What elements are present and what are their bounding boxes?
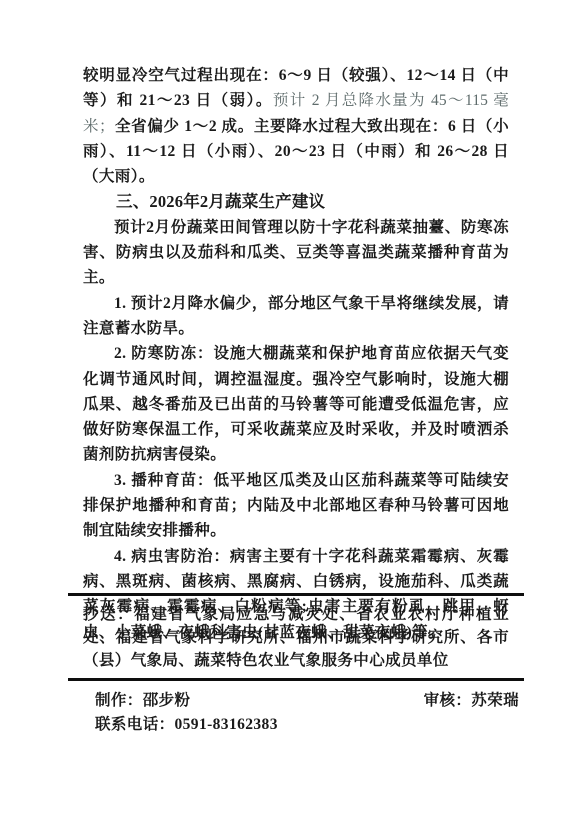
recommendation-item-1: 1. 预计2月降水偏少，部分地区气象干旱将继续发展，请注意蓄水防旱。 xyxy=(83,291,509,342)
rain-process-text: 全省偏少 1～2 成。主要降水过程大致出现在：6 日（小雨）、11～12 日（小… xyxy=(83,118,509,186)
recommendation-item-3: 3. 播种育苗：低平地区瓜类及山区茄科蔬菜等可陆续安排保护地播种和育苗；内陆及中… xyxy=(83,468,509,544)
cc-distribution-list: 抄送：福建省气象局应急与减灾处、省农业农村厅种植业处、福建省气象科学研究所、福州… xyxy=(83,603,509,672)
document-footer: 抄送：福建省气象局应急与减灾处、省农业农村厅种植业处、福建省气象科学研究所、福州… xyxy=(68,593,524,737)
document-page: 较明显冷空气过程出现在：6～9 日（较强）、12～14 日（中等）和 21～23… xyxy=(0,0,588,838)
paragraph-management-overview: 预计2月份蔬菜田间管理以防十字花科蔬菜抽薹、防寒冻害、防病虫以及茄科和瓜类、豆类… xyxy=(83,215,509,291)
paragraph-weather-processes: 较明显冷空气过程出现在：6～9 日（较强）、12～14 日（中等）和 21～23… xyxy=(83,63,509,189)
divider-rule-bottom xyxy=(68,678,524,681)
divider-rule-top xyxy=(68,593,524,596)
credits-row: 制作：邵步粉 审核：苏荣瑞 xyxy=(95,689,519,713)
document-body: 较明显冷空气过程出现在：6～9 日（较强）、12～14 日（中等）和 21～23… xyxy=(83,63,509,645)
contact-phone: 联系电话：0591-83162383 xyxy=(95,713,524,737)
section-heading: 三、2026年2月蔬菜生产建议 xyxy=(83,189,509,214)
maker-label: 制作：邵步粉 xyxy=(95,689,190,713)
reviewer-label: 审核：苏荣瑞 xyxy=(424,689,519,713)
recommendation-item-2: 2. 防寒防冻：设施大棚蔬菜和保护地育苗应依据天气变化调节通风时间，调控温湿度。… xyxy=(83,341,509,467)
